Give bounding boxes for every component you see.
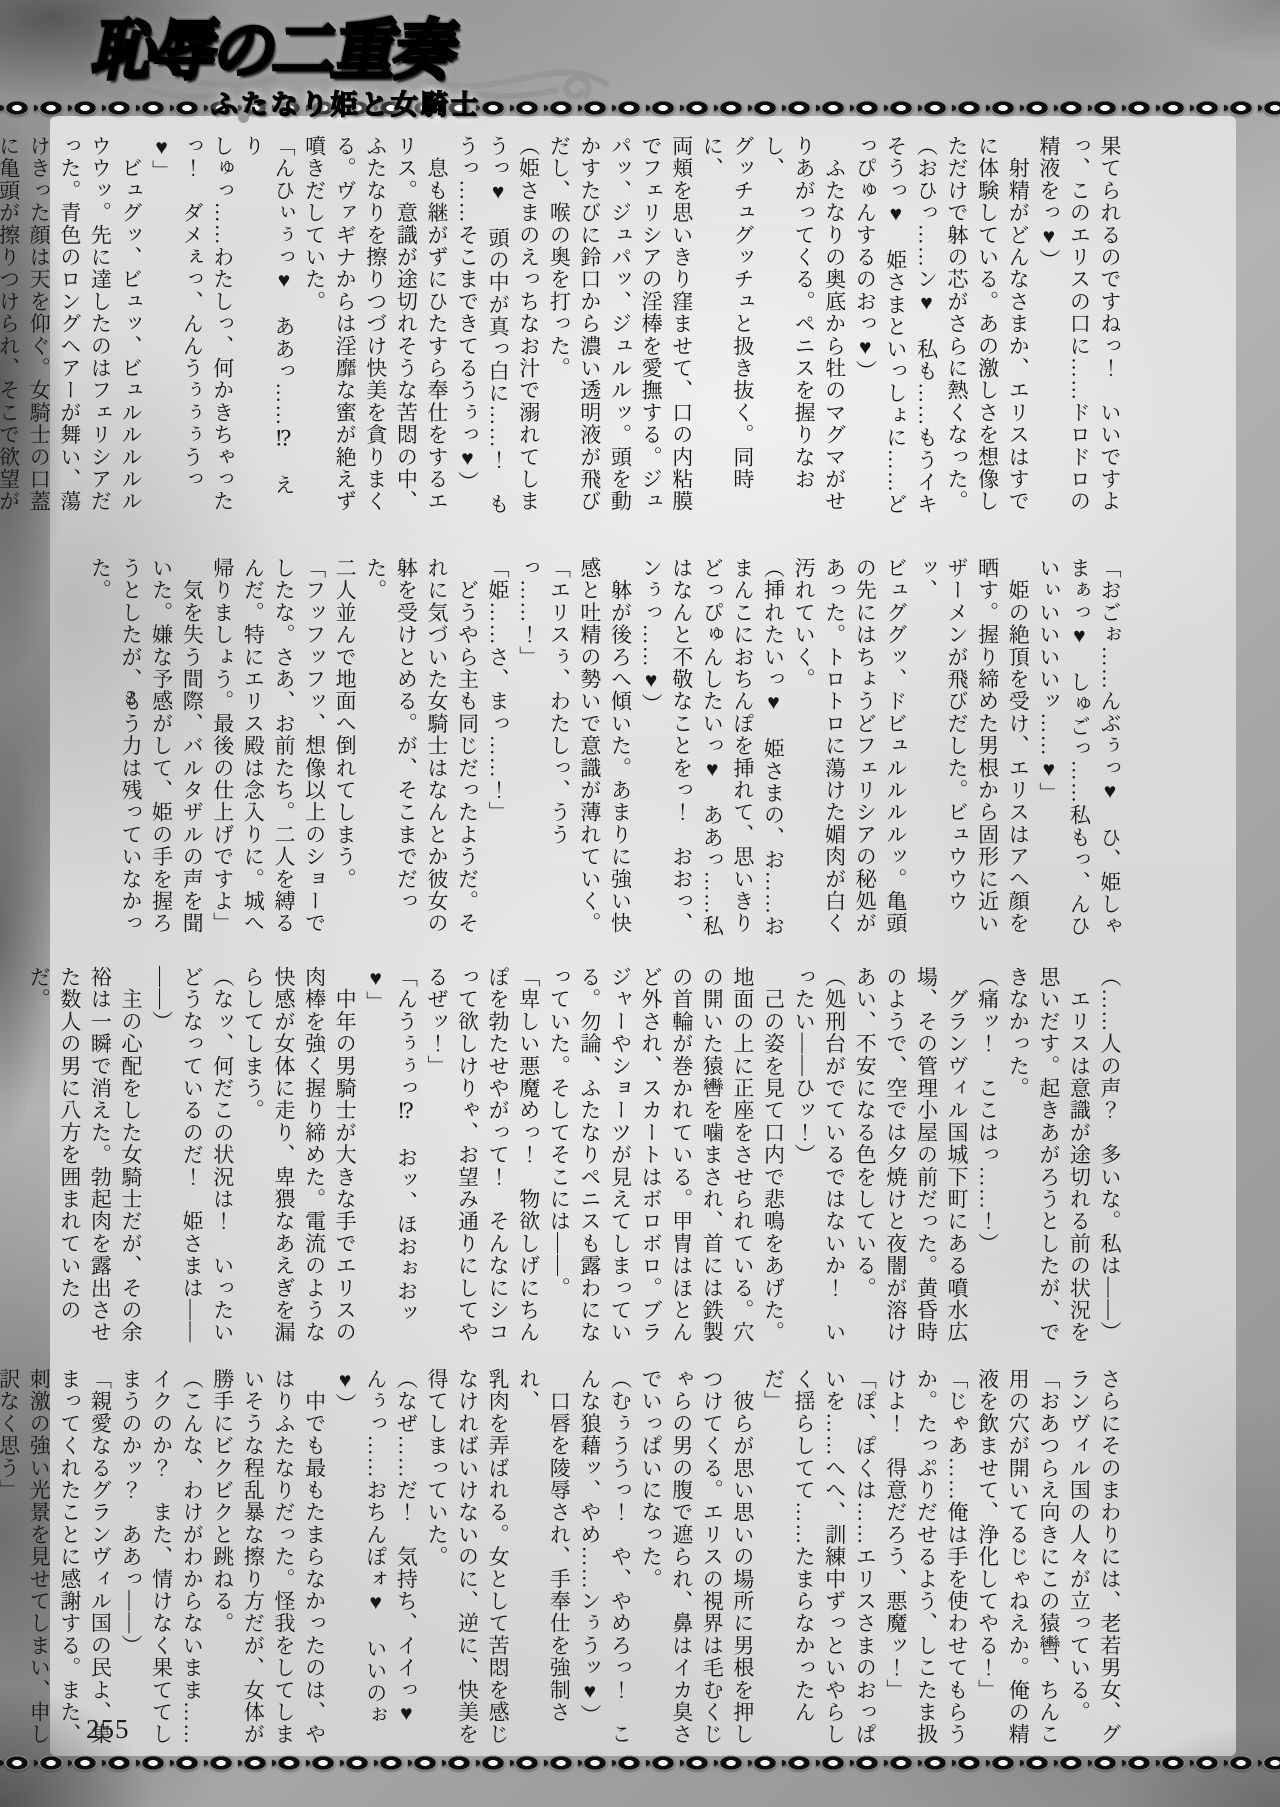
text-band-3: （……人の声？ 多いな。私は——） エリスは意識が途切れる前の状況を 思いだす。… xyxy=(85,966,1125,1348)
title-logo: 恥辱の二重奏 ふたなり姫と女騎士 xyxy=(86,2,606,122)
dot-ornament xyxy=(238,112,249,123)
page-number: 255 xyxy=(86,1714,130,1745)
section-number: 3 xyxy=(126,686,137,711)
series-title: 恥辱の二重奏 xyxy=(86,0,626,93)
text-band-1: 果てられるのですねっ！ いいですよ っ、このエリスの口に……ドロドロの 精液をっ… xyxy=(85,135,1125,517)
chain-border-bottom-icon xyxy=(0,1753,1280,1773)
text-band-4: さらにそのまわりには、老若男女、グ ランヴィル国の人々が立っている。 「おあつら… xyxy=(85,1368,1125,1750)
text-band-2: 「おごぉ……んぶぅっ♥ ひ、姫しゃ まぁっ♥ しゅごっ……私もっ、んひ いぃいい… xyxy=(85,557,1125,939)
